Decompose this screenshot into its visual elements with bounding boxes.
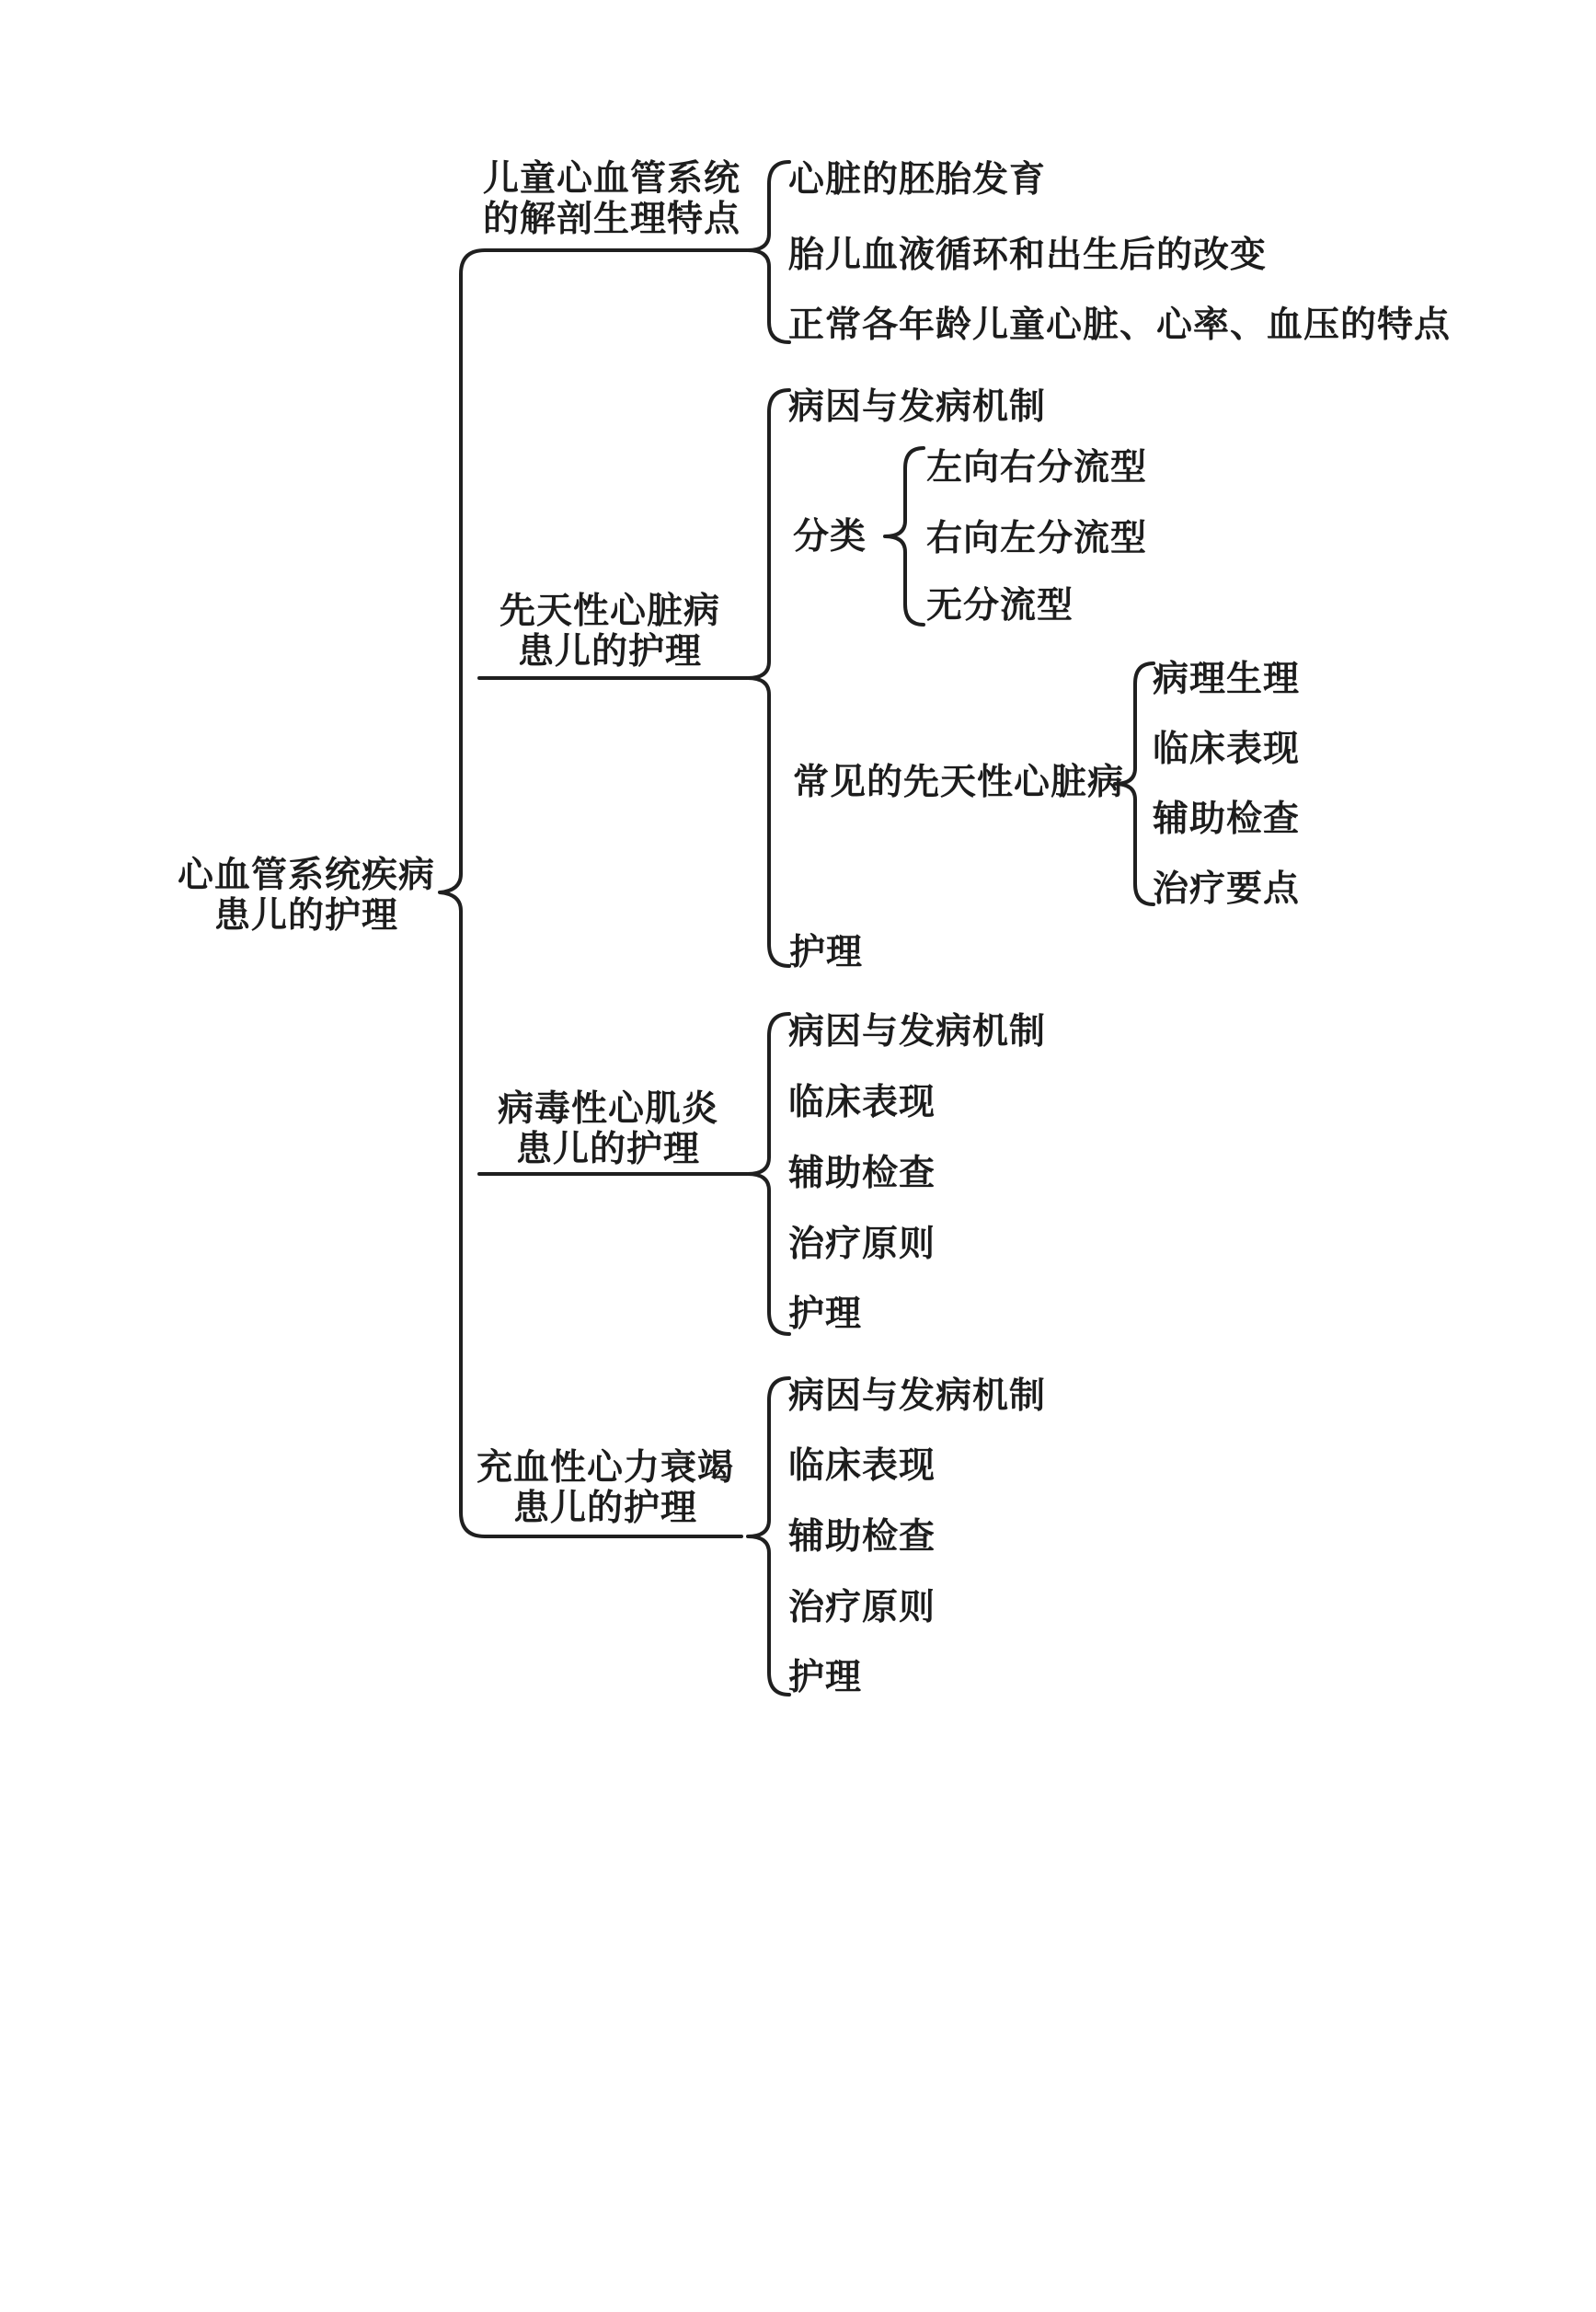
common-chd-child-1: 临床表现 xyxy=(1153,729,1300,769)
branch-2-label-line-1: 先天性心脏病 xyxy=(499,591,720,631)
root-label-line-2: 患儿的护理 xyxy=(178,895,435,936)
branch-2-child-nursing: 护理 xyxy=(789,932,863,972)
branch-2-label-line-2: 患儿的护理 xyxy=(499,631,720,672)
root-brace xyxy=(440,250,747,1536)
root-label: 心血管系统疾病 患儿的护理 xyxy=(178,855,435,936)
branch-1-child-0: 心脏的胚胎发育 xyxy=(788,159,1046,200)
branch-4-label-line-2: 患儿的护理 xyxy=(477,1488,734,1528)
classification-child-1: 右向左分流型 xyxy=(926,518,1147,558)
common-chd-child-2: 辅助检查 xyxy=(1153,799,1300,839)
branch-2-child-0: 病因与发病机制 xyxy=(788,386,1046,427)
branch-4-label: 充血性心力衰竭 患儿的护理 xyxy=(477,1447,734,1528)
branch-1-label-line-1: 儿童心血管系统 xyxy=(483,158,741,199)
branch-4-label-line-1: 充血性心力衰竭 xyxy=(477,1447,734,1488)
branch-1-child-1: 胎儿血液循环和出生后的改变 xyxy=(788,235,1267,275)
branch-4-child-0: 病因与发病机制 xyxy=(788,1375,1046,1416)
branch-1-child-2: 正常各年龄儿童心脏、心率、血压的特点 xyxy=(788,305,1451,345)
branch-4-child-4: 护理 xyxy=(788,1657,862,1697)
branch-4-child-3: 治疗原则 xyxy=(788,1587,936,1628)
common-chd-child-0: 病理生理 xyxy=(1153,659,1300,699)
branch-1-label-line-2: 的解剖生理特点 xyxy=(483,199,741,239)
classification-child-0: 左向右分流型 xyxy=(926,447,1147,488)
branch-3-label-line-1: 病毒性心肌炎 xyxy=(498,1088,718,1129)
branch-2-child-classification: 分类 xyxy=(793,516,867,557)
branch-3-child-0: 病因与发病机制 xyxy=(788,1011,1046,1052)
classification-children-brace xyxy=(885,448,924,625)
classification-child-2: 无分流型 xyxy=(926,585,1074,626)
root-label-line-1: 心血管系统疾病 xyxy=(178,855,435,895)
branch-1-label: 儿童心血管系统 的解剖生理特点 xyxy=(483,158,741,239)
mind-map-page: 心血管系统疾病 患儿的护理 儿童心血管系统 的解剖生理特点 心脏的胚胎发育 胎儿… xyxy=(0,0,1596,2312)
branch-3-label-line-2: 患儿的护理 xyxy=(498,1129,718,1169)
branch-3-child-2: 辅助检查 xyxy=(788,1153,936,1193)
branch-2-child-common-chd: 常见的先天性心脏病 xyxy=(793,762,1124,802)
branch-3-child-4: 护理 xyxy=(788,1294,862,1334)
branch-2-children-brace xyxy=(748,390,789,966)
branch-3-label: 病毒性心肌炎 患儿的护理 xyxy=(498,1088,718,1169)
common-chd-child-3: 治疗要点 xyxy=(1153,868,1300,909)
branch-3-children-brace xyxy=(748,1014,789,1334)
branch-2-label: 先天性心脏病 患儿的护理 xyxy=(499,591,720,672)
branch-4-child-2: 辅助检查 xyxy=(788,1516,936,1557)
branch-1-children-brace xyxy=(748,162,789,342)
branch-3-child-1: 临床表现 xyxy=(788,1082,936,1122)
branch-4-child-1: 临床表现 xyxy=(788,1445,936,1486)
branch-3-child-3: 治疗原则 xyxy=(788,1224,936,1264)
branch-4-children-brace xyxy=(748,1378,789,1695)
